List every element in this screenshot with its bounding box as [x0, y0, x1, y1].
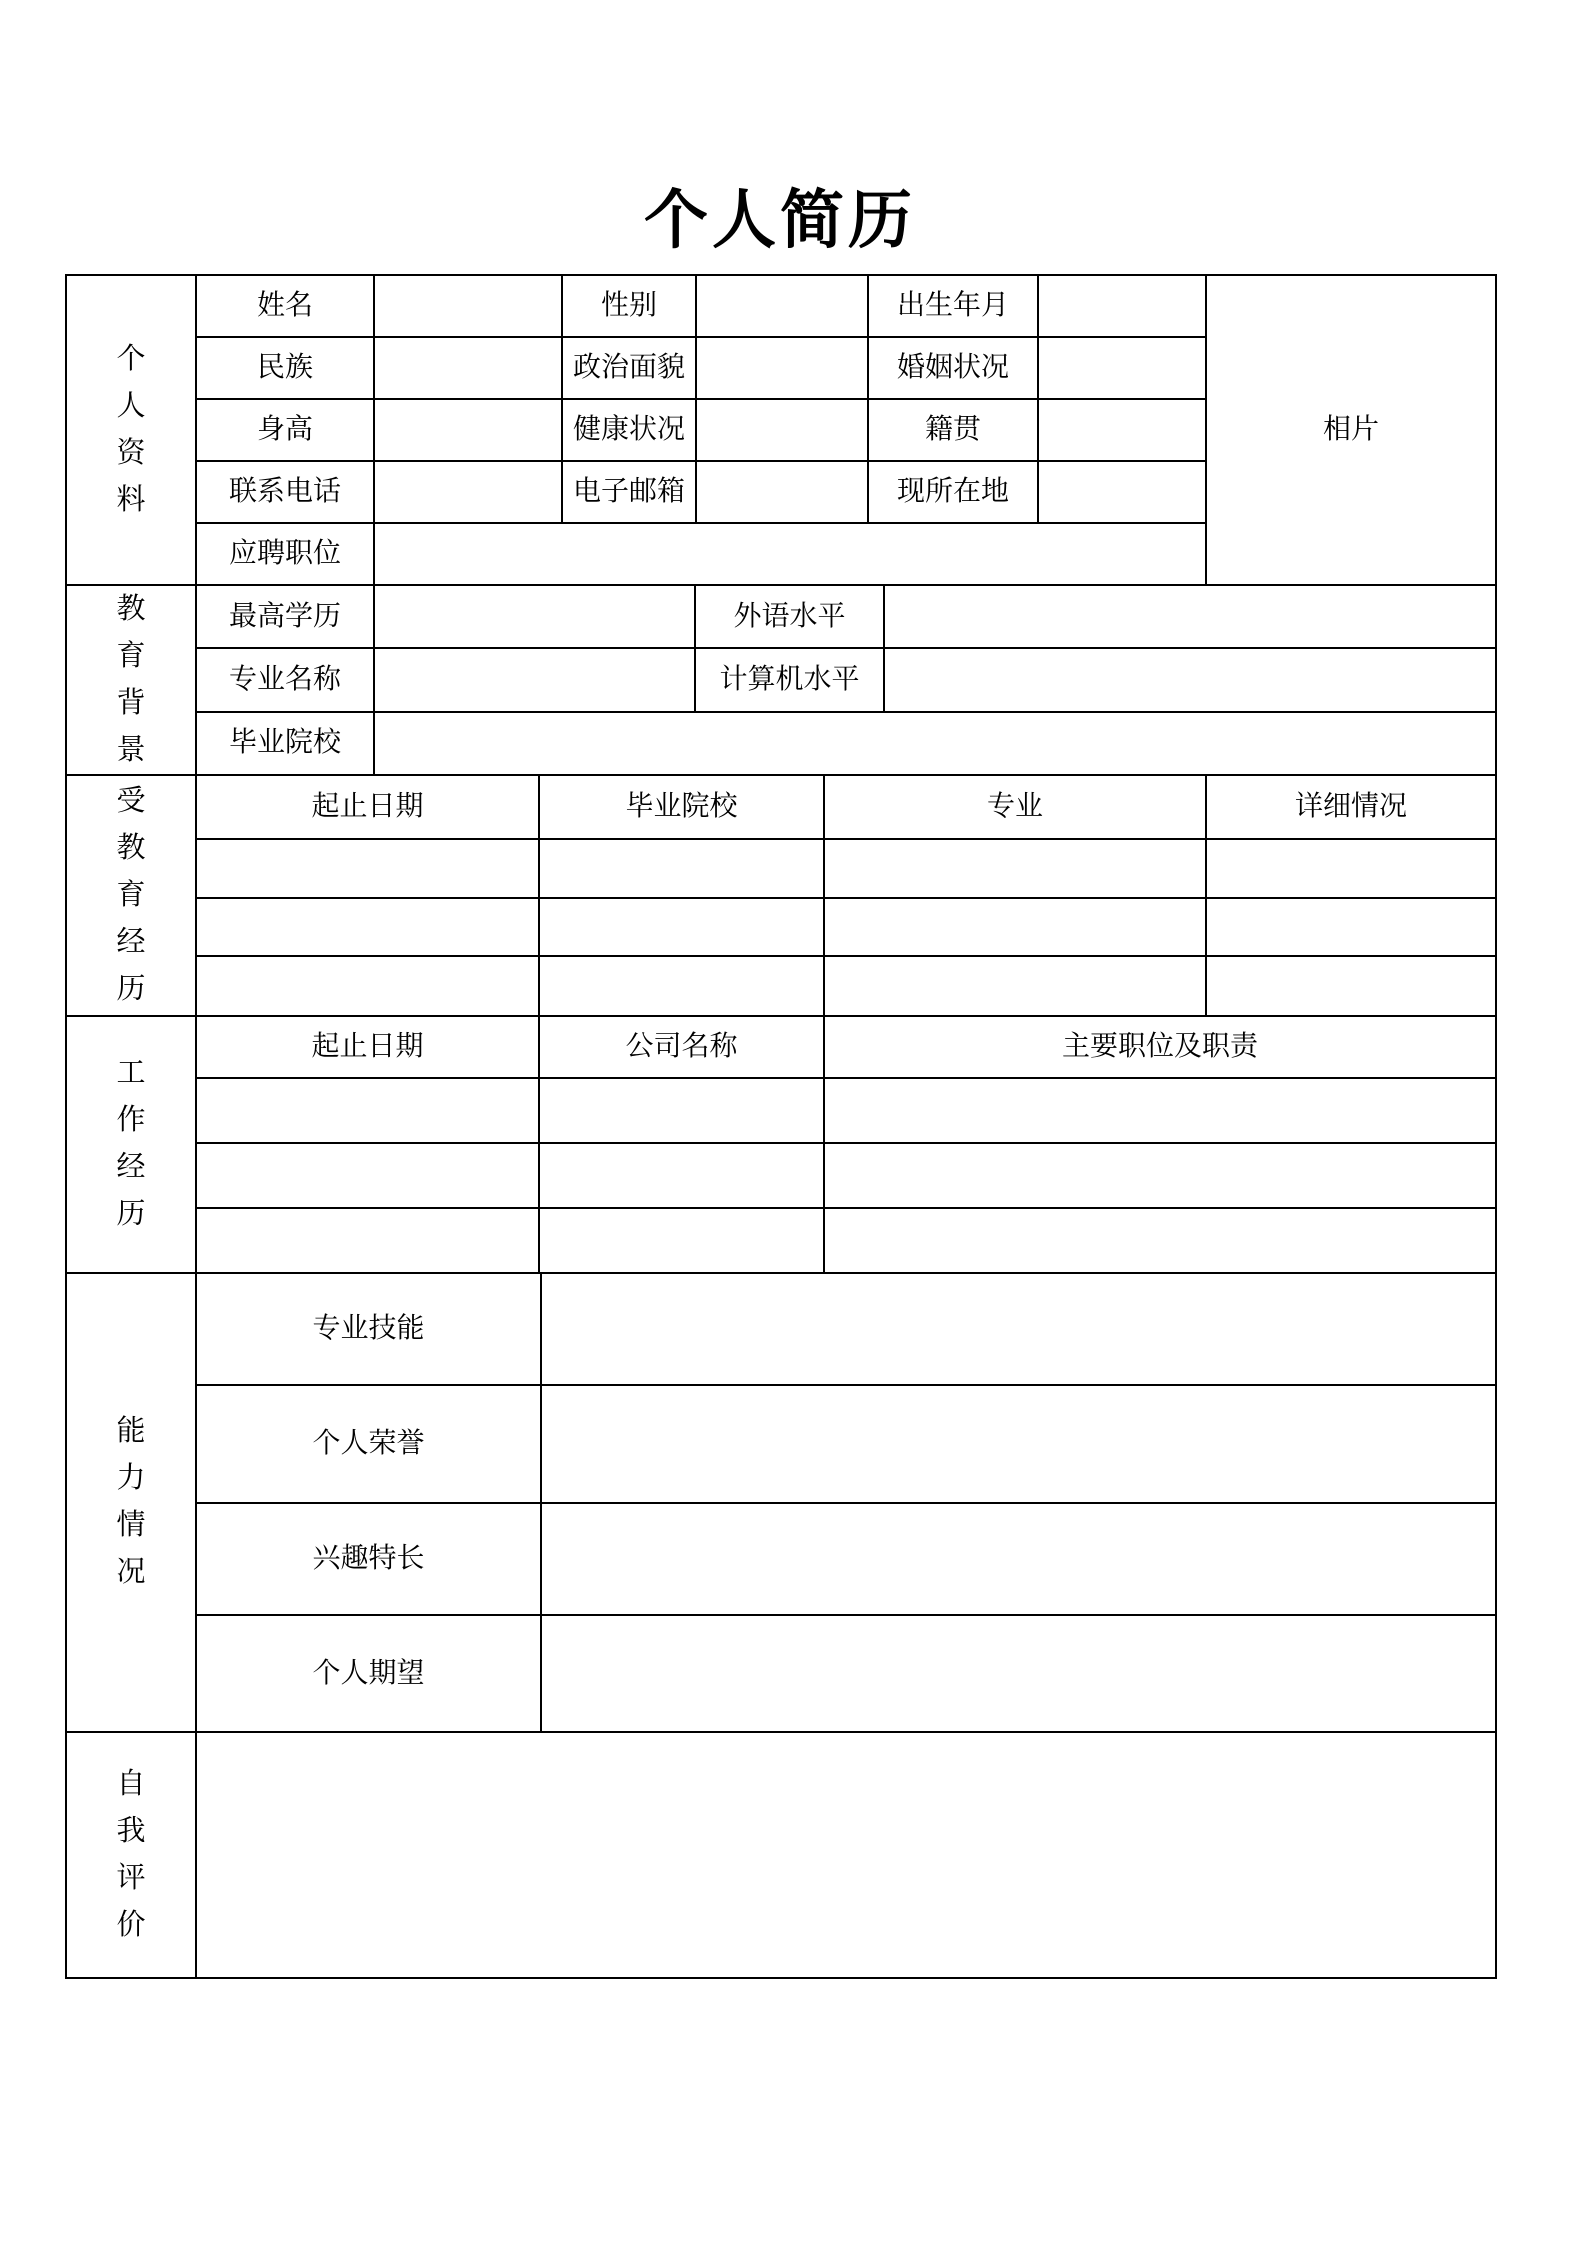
edu-exp-school-cell	[539, 898, 824, 956]
value-self-evaluation	[196, 1732, 1496, 1978]
section-work-experience: 工 作 经 历 起止日期 公司名称 主要职位及职责	[65, 1015, 1497, 1274]
label-interests-strengths: 兴趣特长	[196, 1503, 541, 1615]
value-highest-degree	[374, 585, 695, 648]
label-name: 姓名	[196, 275, 374, 337]
personal-section-header: 个 人 资 料	[66, 275, 196, 585]
document-page: 个人简历 个 人 资 料 姓名 性别 出生年月 相片 民族 政	[0, 0, 1587, 2245]
label-health: 健康状况	[562, 399, 696, 461]
label-personal-honors: 个人荣誉	[196, 1385, 541, 1503]
value-phone	[374, 461, 562, 523]
table-row	[66, 1143, 1496, 1208]
edu-exp-school-cell	[539, 956, 824, 1016]
work-experience-section-header: 工 作 经 历	[66, 1016, 196, 1273]
value-birth-date	[1038, 275, 1206, 337]
value-email	[696, 461, 868, 523]
table-row: 专业名称 计算机水平	[66, 648, 1496, 711]
value-personal-honors	[541, 1385, 1496, 1503]
value-foreign-language-level	[884, 585, 1496, 648]
work-exp-date-cell	[196, 1208, 539, 1273]
work-exp-date-cell	[196, 1078, 539, 1143]
table-row: 自 我 评 价	[66, 1732, 1496, 1978]
table-header-row: 受 教 育 经 历 起止日期 毕业院校 专业 详细情况	[66, 775, 1496, 839]
label-ethnicity: 民族	[196, 337, 374, 399]
edu-exp-details-cell	[1206, 898, 1496, 956]
section-abilities: 能 力 情 况 专业技能 个人荣誉 兴趣特长 个人期望	[65, 1272, 1497, 1733]
col-header-edu-details: 详细情况	[1206, 775, 1496, 839]
value-health	[696, 399, 868, 461]
label-foreign-language-level: 外语水平	[695, 585, 884, 648]
section-self-evaluation: 自 我 评 价	[65, 1731, 1497, 1979]
table-row: 个 人 资 料 姓名 性别 出生年月 相片	[66, 275, 1496, 337]
work-exp-duties-cell	[824, 1208, 1496, 1273]
col-header-edu-major: 专业	[824, 775, 1206, 839]
edu-exp-date-cell	[196, 898, 539, 956]
value-computer-level	[884, 648, 1496, 711]
label-gender: 性别	[562, 275, 696, 337]
table-row: 能 力 情 况 专业技能	[66, 1273, 1496, 1385]
label-computer-level: 计算机水平	[695, 648, 884, 711]
value-name	[374, 275, 562, 337]
value-current-location	[1038, 461, 1206, 523]
col-header-work-date-range: 起止日期	[196, 1016, 539, 1078]
value-ethnicity	[374, 337, 562, 399]
value-marital-status	[1038, 337, 1206, 399]
self-evaluation-section-header: 自 我 评 价	[66, 1732, 196, 1978]
table-header-row: 工 作 经 历 起止日期 公司名称 主要职位及职责	[66, 1016, 1496, 1078]
section-personal: 个 人 资 料 姓名 性别 出生年月 相片 民族 政治面貌 婚姻状况 身高	[65, 274, 1497, 586]
label-height: 身高	[196, 399, 374, 461]
edu-exp-details-cell	[1206, 956, 1496, 1016]
value-political-status	[696, 337, 868, 399]
table-row	[66, 956, 1496, 1016]
work-exp-company-cell	[539, 1078, 824, 1143]
label-major-name: 专业名称	[196, 648, 374, 711]
label-graduate-school: 毕业院校	[196, 712, 374, 775]
label-professional-skills: 专业技能	[196, 1273, 541, 1385]
table-row: 教 育 背 景 最高学历 外语水平	[66, 585, 1496, 648]
edu-exp-school-cell	[539, 839, 824, 898]
col-header-edu-date-range: 起止日期	[196, 775, 539, 839]
work-exp-duties-cell	[824, 1078, 1496, 1143]
work-exp-date-cell	[196, 1143, 539, 1208]
abilities-section-header: 能 力 情 况	[66, 1273, 196, 1732]
label-applied-position: 应聘职位	[196, 523, 374, 585]
work-exp-duties-cell	[824, 1143, 1496, 1208]
section-education-background: 教 育 背 景 最高学历 外语水平 专业名称 计算机水平 毕业院校	[65, 584, 1497, 776]
col-header-edu-school: 毕业院校	[539, 775, 824, 839]
table-row: 个人荣誉	[66, 1385, 1496, 1503]
edu-exp-major-cell	[824, 956, 1206, 1016]
table-row: 兴趣特长	[66, 1503, 1496, 1615]
edu-exp-major-cell	[824, 839, 1206, 898]
label-highest-degree: 最高学历	[196, 585, 374, 648]
label-email: 电子邮箱	[562, 461, 696, 523]
table-row: 毕业院校	[66, 712, 1496, 775]
work-exp-company-cell	[539, 1143, 824, 1208]
edu-exp-date-cell	[196, 956, 539, 1016]
value-graduate-school	[374, 712, 1496, 775]
table-row	[66, 1208, 1496, 1273]
label-current-location: 现所在地	[868, 461, 1038, 523]
value-interests-strengths	[541, 1503, 1496, 1615]
edu-exp-details-cell	[1206, 839, 1496, 898]
table-row	[66, 898, 1496, 956]
table-row	[66, 1078, 1496, 1143]
value-professional-skills	[541, 1273, 1496, 1385]
edu-exp-major-cell	[824, 898, 1206, 956]
label-birth-date: 出生年月	[868, 275, 1038, 337]
value-height	[374, 399, 562, 461]
table-row	[66, 839, 1496, 898]
table-row: 个人期望	[66, 1615, 1496, 1732]
value-personal-expectations	[541, 1615, 1496, 1732]
value-native-place	[1038, 399, 1206, 461]
edu-exp-date-cell	[196, 839, 539, 898]
label-phone: 联系电话	[196, 461, 374, 523]
col-header-work-position-duties: 主要职位及职责	[824, 1016, 1496, 1078]
page-title: 个人简历	[65, 186, 1495, 256]
value-applied-position	[374, 523, 1206, 585]
section-education-experience: 受 教 育 经 历 起止日期 毕业院校 专业 详细情况	[65, 774, 1497, 1017]
photo-cell: 相片	[1206, 275, 1496, 585]
value-gender	[696, 275, 868, 337]
label-marital-status: 婚姻状况	[868, 337, 1038, 399]
label-native-place: 籍贯	[868, 399, 1038, 461]
value-major-name	[374, 648, 695, 711]
education-experience-section-header: 受 教 育 经 历	[66, 775, 196, 1016]
col-header-work-company: 公司名称	[539, 1016, 824, 1078]
resume-table: 个 人 资 料 姓名 性别 出生年月 相片 民族 政治面貌 婚姻状况 身高	[65, 274, 1495, 1979]
label-political-status: 政治面貌	[562, 337, 696, 399]
work-exp-company-cell	[539, 1208, 824, 1273]
label-personal-expectations: 个人期望	[196, 1615, 541, 1732]
education-background-section-header: 教 育 背 景	[66, 585, 196, 775]
